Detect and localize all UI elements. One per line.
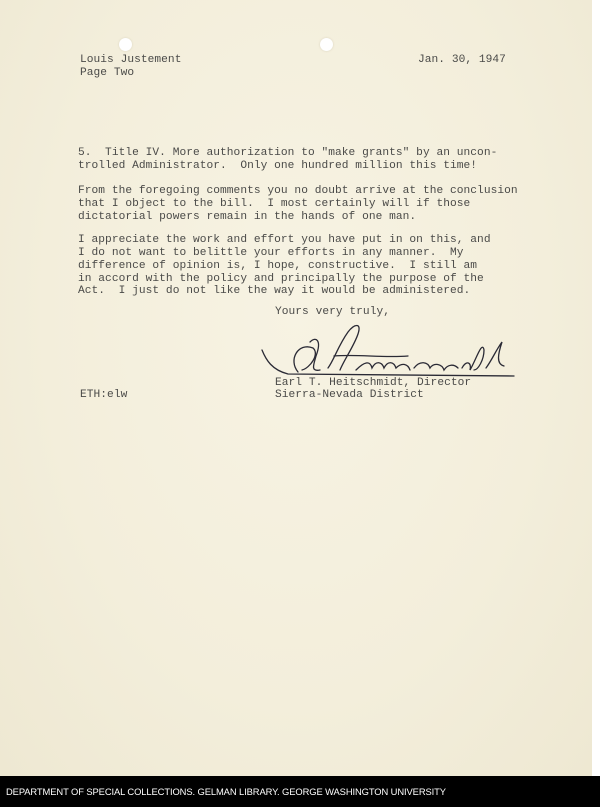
line: I appreciate the work and effort you hav…: [78, 234, 491, 246]
line: dictatorial powers remain in the hands o…: [78, 211, 416, 223]
signer-name: Earl T. Heitschmidt, Director: [275, 377, 471, 389]
page-label: Page Two: [80, 67, 134, 79]
handwritten-signature: [258, 320, 520, 380]
line: From the foregoing comments you no doubt…: [78, 185, 518, 197]
letter-date: Jan. 30, 1947: [418, 54, 506, 66]
line: trolled Administrator. Only one hundred …: [78, 160, 477, 172]
closing: Yours very truly,: [275, 306, 390, 318]
line: 5. Title IV. More authorization to "make…: [78, 147, 497, 159]
line: Act. I just do not like the way it would…: [78, 285, 470, 297]
line: difference of opinion is, I hope, constr…: [78, 260, 477, 272]
typist-initials: ETH:elw: [80, 389, 127, 401]
punch-hole-left: [119, 38, 132, 51]
letter-page: Louis Justement Page Two Jan. 30, 1947 5…: [0, 0, 592, 776]
archive-credit-bar: DEPARTMENT OF SPECIAL COLLECTIONS. GELMA…: [0, 776, 600, 807]
line: in accord with the policy and principall…: [78, 273, 484, 285]
line: that I object to the bill. I most certai…: [78, 198, 470, 210]
archive-credit: DEPARTMENT OF SPECIAL COLLECTIONS. GELMA…: [6, 786, 446, 797]
punch-hole-right: [320, 38, 333, 51]
line: I do not want to belittle your efforts i…: [78, 247, 464, 259]
recipient-name: Louis Justement: [80, 54, 181, 66]
signer-organization: Sierra-Nevada District: [275, 389, 424, 401]
